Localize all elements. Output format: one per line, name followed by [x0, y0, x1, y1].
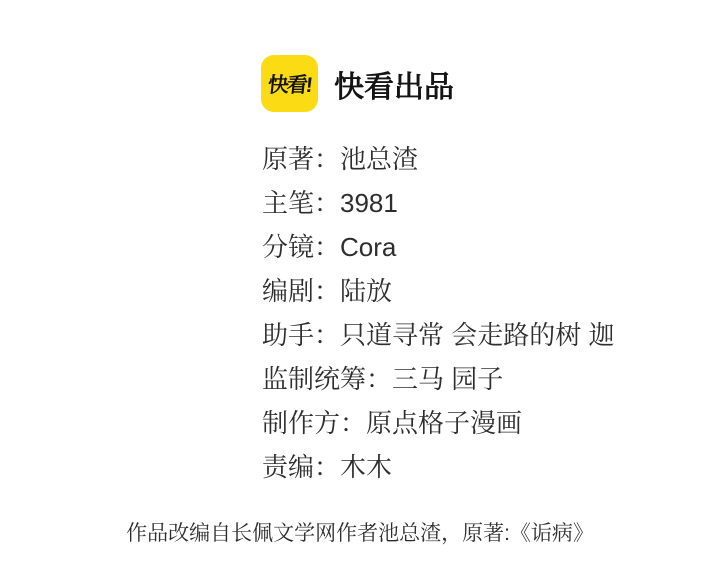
- credit-label: 制作方：: [262, 408, 366, 438]
- credit-value: 原点格子漫画: [366, 408, 522, 438]
- credit-value: 三马 园子: [392, 364, 503, 394]
- credit-line-assistants: 助手：只道寻常 会走路的树 迦: [262, 313, 614, 357]
- credit-label: 助手：: [262, 320, 340, 350]
- credit-label: 分镜：: [262, 232, 340, 262]
- credit-value: 木木: [340, 452, 392, 482]
- brand-header: 快看! 快看出品: [261, 55, 454, 112]
- kuaikan-logo-text: 快看!: [266, 69, 312, 99]
- credits-page: 快看! 快看出品 原著：池总渣 主笔：3981 分镜：Cora 编剧：陆放 助手…: [0, 0, 720, 569]
- adaptation-attribution: 作品改编自长佩文学网作者池总渣，原著:《诟病》: [0, 519, 720, 549]
- credit-label: 责编：: [262, 452, 340, 482]
- credit-label: 主笔：: [262, 188, 340, 218]
- credit-label: 监制统筹：: [262, 364, 392, 394]
- credit-line-production: 制作方：原点格子漫画: [262, 401, 614, 445]
- credit-line-supervision: 监制统筹：三马 园子: [262, 357, 614, 401]
- credit-label: 编剧：: [262, 276, 340, 306]
- brand-name: 快看出品: [334, 62, 454, 106]
- credit-value: Cora: [340, 232, 396, 262]
- credit-value: 3981: [340, 188, 398, 218]
- credit-value: 陆放: [340, 276, 392, 306]
- kuaikan-logo-icon: 快看!: [261, 55, 318, 112]
- credit-line-editor: 责编：木木: [262, 445, 614, 489]
- credit-value: 只道寻常 会走路的树 迦: [340, 320, 614, 350]
- credit-line-original-author: 原著：池总渣: [262, 137, 614, 181]
- credits-list: 原著：池总渣 主笔：3981 分镜：Cora 编剧：陆放 助手：只道寻常 会走路…: [262, 137, 614, 489]
- credit-value: 池总渣: [340, 144, 418, 174]
- credit-line-storyboard: 分镜：Cora: [262, 225, 614, 269]
- credit-line-screenwriter: 编剧：陆放: [262, 269, 614, 313]
- credit-label: 原著：: [262, 144, 340, 174]
- credit-line-lead-artist: 主笔：3981: [262, 181, 614, 225]
